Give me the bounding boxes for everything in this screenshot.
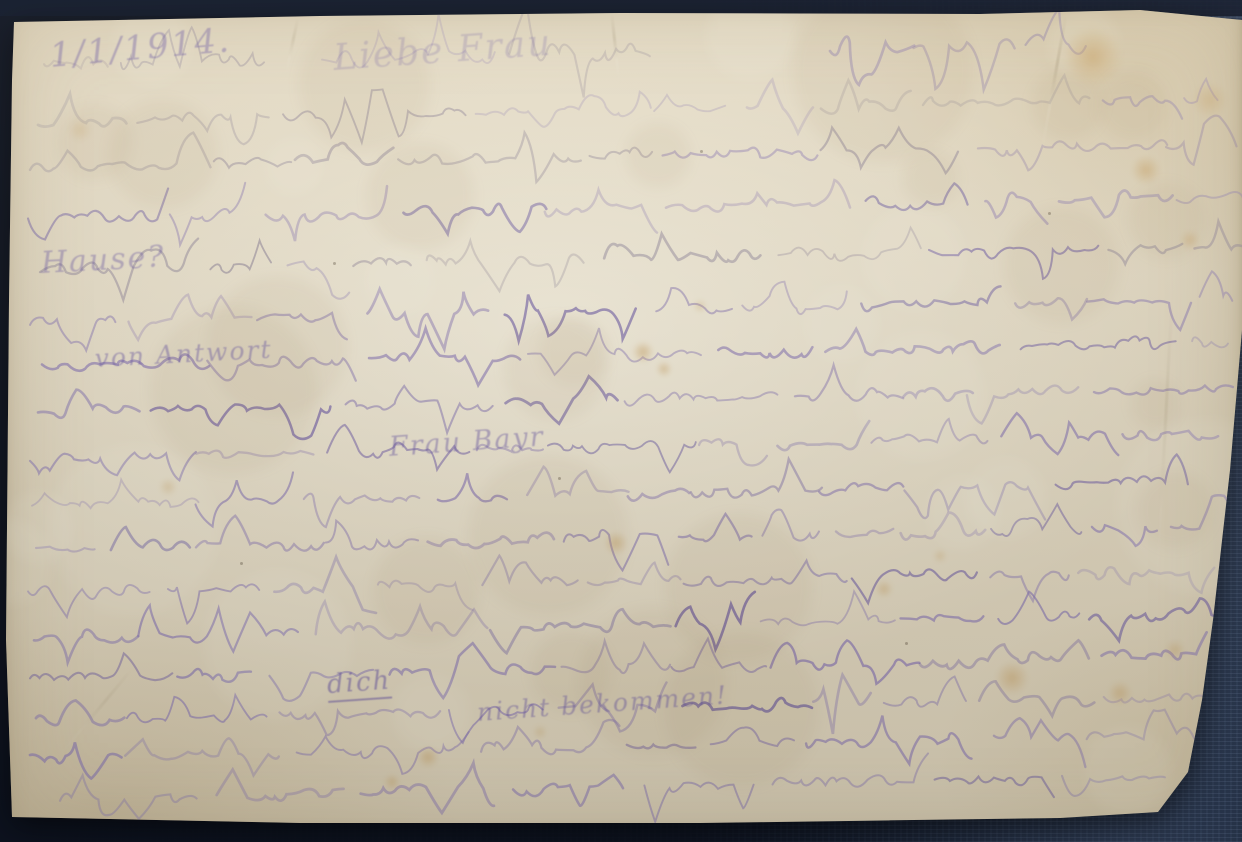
- handwriting-word: [1087, 710, 1206, 758]
- handwriting-word: [269, 670, 373, 701]
- handwriting-word: [935, 777, 1054, 798]
- handwriting-word: [914, 39, 1015, 89]
- handwriting-word: [177, 669, 251, 682]
- handwriting-word: [207, 357, 355, 381]
- handwriting-word: [1089, 598, 1242, 640]
- handwriting-word: [1177, 192, 1242, 203]
- handwriting-word: [378, 581, 473, 610]
- handwriting-word: [1171, 495, 1240, 529]
- paper-speck: [240, 562, 243, 565]
- handwriting-word: [1015, 298, 1087, 319]
- handwriting-word: [28, 585, 150, 617]
- handwriting-word: [1166, 116, 1236, 165]
- handwriting-word: [111, 527, 190, 550]
- handwriting-line: [30, 271, 1232, 350]
- handwriting-line: [60, 754, 1165, 822]
- handwriting-word: [322, 14, 495, 68]
- handwriting-word: [819, 483, 903, 495]
- handwriting-word: [137, 113, 269, 145]
- handwriting-word: [168, 584, 259, 623]
- handwriting-word: [654, 95, 725, 111]
- handwriting-word: [778, 228, 921, 261]
- handwriting-word: [625, 392, 778, 405]
- handwriting-word: [1087, 299, 1191, 330]
- handwriting-word: [38, 390, 140, 418]
- handwriting-line: [40, 222, 1242, 301]
- handwriting-word: [742, 282, 847, 314]
- handwriting-word: [559, 683, 667, 732]
- handwriting-word: [679, 514, 752, 541]
- handwriting-word: [482, 556, 577, 586]
- handwriting-word: [1200, 271, 1233, 300]
- handwriting-word: [125, 738, 279, 775]
- handwriting-word: [884, 677, 966, 707]
- handwriting-word: [1195, 222, 1242, 250]
- handwriting-word: [295, 143, 393, 165]
- handwriting-word: [978, 140, 1167, 170]
- handwriting-word: [830, 37, 914, 85]
- handwriting-word: [990, 572, 1069, 601]
- handwriting-word: [353, 258, 411, 266]
- handwriting-word: [138, 605, 298, 651]
- handwriting-word: [127, 695, 267, 722]
- handwriting-word: [813, 675, 870, 734]
- handwriting-word: [821, 128, 958, 174]
- handwriting-word: [30, 653, 172, 680]
- handwriting-word: [288, 262, 350, 299]
- handwriting-word: [699, 439, 767, 465]
- handwriting-word: [718, 347, 812, 357]
- handwriting-word: [476, 92, 651, 127]
- postcard-wrapper: 1/1/1914.Liebe FrauHause?von AntwortFrau…: [0, 0, 1242, 842]
- handwriting-line: [32, 455, 1188, 528]
- handwriting-word: [628, 489, 689, 501]
- handwriting-word: [861, 286, 1000, 311]
- handwriting-word: [449, 704, 543, 743]
- handwriting-word: [1094, 385, 1233, 394]
- handwriting-word: [369, 328, 520, 385]
- handwriting-line: [34, 591, 1242, 662]
- handwriting-word: [901, 615, 984, 621]
- paper-speck: [558, 477, 561, 480]
- handwriting-word: [390, 643, 555, 698]
- handwriting-word: [316, 602, 488, 639]
- handwriting-word: [825, 329, 999, 355]
- handwriting-word: [1021, 336, 1176, 349]
- handwriting-word: [929, 246, 1098, 279]
- handwriting-word: [821, 80, 911, 114]
- handwriting-word: [666, 180, 850, 211]
- postcard-paper: 1/1/1914.Liebe FrauHause?von AntwortFrau…: [0, 0, 1242, 842]
- handwriting-word: [923, 75, 1089, 105]
- paper-speck: [333, 262, 336, 265]
- handwriting-word: [852, 569, 977, 603]
- handwriting-word: [1104, 694, 1207, 703]
- handwriting-word: [991, 504, 1081, 536]
- handwriting-word: [36, 547, 95, 552]
- handwriting-word: [1026, 9, 1086, 53]
- handwriting-word: [795, 365, 903, 401]
- handwriting-word: [590, 148, 653, 159]
- handwriting-word: [506, 376, 618, 423]
- handwriting-word: [994, 718, 1085, 767]
- handwriting-word: [762, 510, 819, 541]
- handwriting-word: [60, 775, 197, 819]
- handwriting-word: [528, 328, 701, 375]
- handwriting-word: [30, 316, 115, 350]
- handwriting-word: [297, 732, 469, 774]
- handwriting-word: [588, 563, 681, 585]
- handwriting-word: [196, 451, 313, 458]
- handwriting-word: [40, 239, 198, 301]
- handwriting-word: [683, 698, 812, 711]
- handwriting-word: [214, 158, 291, 168]
- handwriting-word: [761, 591, 895, 625]
- handwriting-word: [398, 133, 581, 182]
- handwriting-word: [747, 80, 813, 134]
- handwriting-word: [627, 745, 696, 749]
- handwriting-word: [36, 701, 124, 726]
- handwriting-word: [304, 494, 420, 527]
- handwriting-word: [283, 89, 466, 142]
- handwriting-word: [1092, 525, 1157, 546]
- handwriting-line: [28, 556, 1214, 624]
- handwriting-line: [30, 632, 1207, 701]
- handwriting-word: [604, 234, 760, 262]
- handwriting-word: [545, 190, 657, 233]
- handwriting-word: [170, 183, 245, 245]
- handwriting-line: [30, 116, 1237, 182]
- handwriting-word: [663, 148, 818, 160]
- handwriting-word: [257, 313, 347, 339]
- handwriting-line: [38, 75, 1218, 144]
- handwriting-word: [44, 57, 108, 68]
- handwriting-word: [1103, 96, 1182, 119]
- handwriting-line: [30, 710, 1205, 779]
- handwriting-word: [129, 295, 252, 340]
- handwriting-word: [778, 421, 870, 450]
- handwriting-word: [217, 770, 344, 801]
- handwriting-word: [38, 94, 126, 127]
- handwriting-line: [42, 328, 1228, 385]
- handwriting-layer: [0, 0, 1242, 842]
- handwriting-word: [548, 441, 696, 472]
- handwriting-line: [44, 4, 1086, 98]
- handwriting-word: [280, 710, 441, 736]
- handwriting-word: [368, 289, 489, 349]
- handwriting-word: [985, 193, 1047, 224]
- handwriting-word: [656, 288, 732, 313]
- handwriting-word: [711, 727, 794, 746]
- handwriting-word: [904, 388, 973, 401]
- handwriting-word: [527, 467, 628, 496]
- handwriting-word: [513, 775, 623, 806]
- handwriting-word: [428, 533, 554, 549]
- handwriting-word: [1059, 191, 1173, 218]
- scanned-postcard-photo: 1/1/1914.Liebe FrauHause?von AntwortFrau…: [0, 0, 1242, 842]
- handwriting-line: [30, 413, 1218, 480]
- handwriting-word: [871, 419, 987, 443]
- handwriting-word: [979, 681, 1094, 716]
- paper-speck: [1048, 212, 1051, 215]
- handwriting-word: [477, 445, 543, 452]
- handwriting-word: [30, 133, 211, 172]
- handwriting-word: [427, 241, 584, 291]
- handwriting-word: [1001, 413, 1118, 455]
- handwriting-word: [151, 404, 331, 439]
- handwriting-word: [30, 742, 122, 778]
- handwriting-word: [1184, 79, 1218, 103]
- handwriting-word: [361, 763, 494, 813]
- handwriting-word: [30, 452, 196, 480]
- handwriting-word: [866, 183, 968, 210]
- handwriting-word: [1108, 244, 1182, 264]
- handwriting-line: [36, 495, 1240, 570]
- handwriting-word: [509, 4, 649, 98]
- handwriting-word: [1062, 776, 1165, 796]
- handwriting-word: [505, 295, 636, 341]
- handwriting-word: [1056, 455, 1188, 490]
- handwriting-word: [998, 592, 1079, 624]
- handwriting-word: [1192, 337, 1228, 347]
- handwriting-word: [904, 482, 1045, 519]
- handwriting-word: [32, 480, 199, 509]
- handwriting-word: [562, 641, 671, 673]
- handwriting-line: [28, 180, 1242, 245]
- handwriting-word: [901, 513, 986, 540]
- handwriting-word: [121, 27, 264, 69]
- paper-speck: [905, 642, 908, 645]
- handwriting-word: [676, 592, 755, 650]
- handwriting-word: [28, 189, 168, 240]
- handwriting-word: [346, 386, 493, 433]
- handwriting-line: [38, 365, 1233, 439]
- handwriting-word: [1123, 431, 1219, 440]
- paper-speck: [700, 150, 703, 153]
- handwriting-word: [404, 204, 547, 234]
- handwriting-word: [644, 783, 753, 822]
- handwriting-word: [326, 521, 418, 550]
- handwriting-word: [196, 472, 294, 526]
- handwriting-word: [481, 720, 619, 754]
- handwriting-line: [36, 675, 1207, 743]
- handwriting-word: [438, 473, 507, 501]
- handwriting-word: [210, 241, 271, 273]
- handwriting-word: [836, 529, 893, 537]
- handwriting-word: [266, 186, 387, 241]
- handwriting-word: [1078, 567, 1214, 592]
- handwriting-word: [196, 516, 324, 551]
- handwriting-word: [920, 640, 1089, 669]
- handwriting-word: [684, 561, 847, 586]
- handwriting-word: [42, 354, 209, 370]
